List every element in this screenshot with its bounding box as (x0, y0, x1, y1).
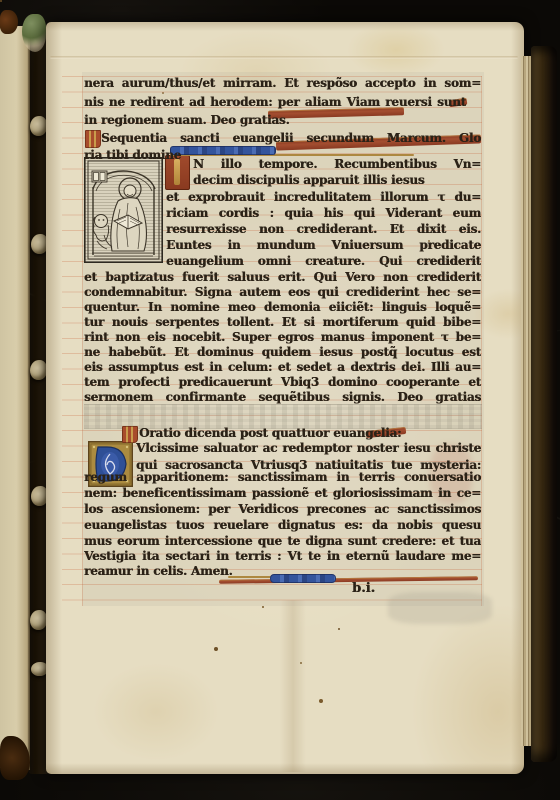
text-line: ria tibi domine (84, 148, 181, 164)
text-line: Euntes in mundum Vniuersum predicate (166, 238, 481, 254)
text-line: decim discipulis apparuit illis iesus (193, 173, 424, 189)
text-line: N illo tempore. Recumbentibus Vn= (193, 157, 481, 173)
text-line: nem: beneficentissimam passionẽ et glori… (84, 486, 481, 502)
text-line: tur nouis serpentes tollent. Et si morti… (84, 315, 481, 331)
text-line: nera aurum/thus/et mirram. Et respõso ac… (84, 76, 481, 92)
text-line: riciam cordis : quia his qui Viderant eu… (166, 206, 481, 222)
text-line: nis ne redirent ad herodem: per aliam Vi… (84, 95, 466, 111)
text-line: los ascensionem: per Veridicos precones … (84, 502, 481, 518)
text-line: condemnabitur. Signa autem eos qui credi… (84, 285, 481, 301)
text-line: ne habebũt. Et dominus quidem iesus post… (84, 345, 481, 361)
page-fold-shadow (280, 600, 306, 772)
sewing-thread-knot (30, 610, 47, 630)
text-line: regum apparitionem: sanctissimam in terr… (84, 470, 481, 486)
sewing-thread-knot (30, 116, 47, 136)
text-line: et baptizatus fuerit saluus erit. Qui Ve… (84, 270, 481, 286)
text-line: reamur in celis. Amen. (84, 564, 232, 580)
blue-gold-line-filler (270, 574, 336, 583)
photographed-book-page: { "photo": { "backdrop_color": "#0b0906"… (0, 0, 560, 800)
text-line: Sequentia sancti euangelii secundum Marc… (101, 131, 481, 147)
blue-gold-line-filler (170, 146, 276, 155)
gold-line-filler (228, 576, 274, 578)
text-line: euangelium omni creature. Qui crediderit (166, 254, 481, 270)
text-line: rint non eis nocebit. Super egros manus … (84, 330, 481, 346)
text-line: quentur. In nomine meo demonia eiiciẽt: … (84, 300, 481, 316)
woodcut-illustration-saint-mark (84, 157, 163, 263)
page-stain-specks (0, 0, 2, 2)
text-line: euangelistas tuos reuelare dignatus es: … (84, 518, 481, 534)
text-line: eis assumptus est in celum: et sedet a d… (84, 360, 481, 376)
text-line: et exprobrauit incredulitatem illorum τ … (166, 190, 481, 206)
text-line: mus eorum intercessione que te digna sun… (84, 534, 481, 550)
signature-mark: b.i. (352, 581, 375, 596)
text-line: in regionem suam. Deo gratias. (84, 113, 289, 129)
text-line: sermonem confirmante sequẽtibus signis. … (84, 390, 481, 406)
gray-showthrough-patch (388, 592, 492, 624)
thread-remnant (22, 14, 46, 52)
binding-remnant-top (0, 10, 18, 34)
text-line: Vestigia ita sectari in terris : Vt te i… (84, 549, 481, 565)
text-line: tem profecti predicauerunt Vbiq3 domino … (84, 375, 481, 391)
facing-page-edge (0, 26, 30, 770)
pilcrow-mark (85, 130, 101, 148)
page-crease (50, 56, 518, 59)
text-line: Oratio dicenda post quattuor euangelia: (139, 426, 401, 442)
sewing-thread-knot (30, 360, 47, 380)
text-line: resurrexisse non crediderant. Et dixit e… (166, 222, 481, 238)
text-line: Vlcissime saluator ac redemptor noster i… (136, 441, 481, 457)
book-cover-edge (531, 46, 557, 762)
